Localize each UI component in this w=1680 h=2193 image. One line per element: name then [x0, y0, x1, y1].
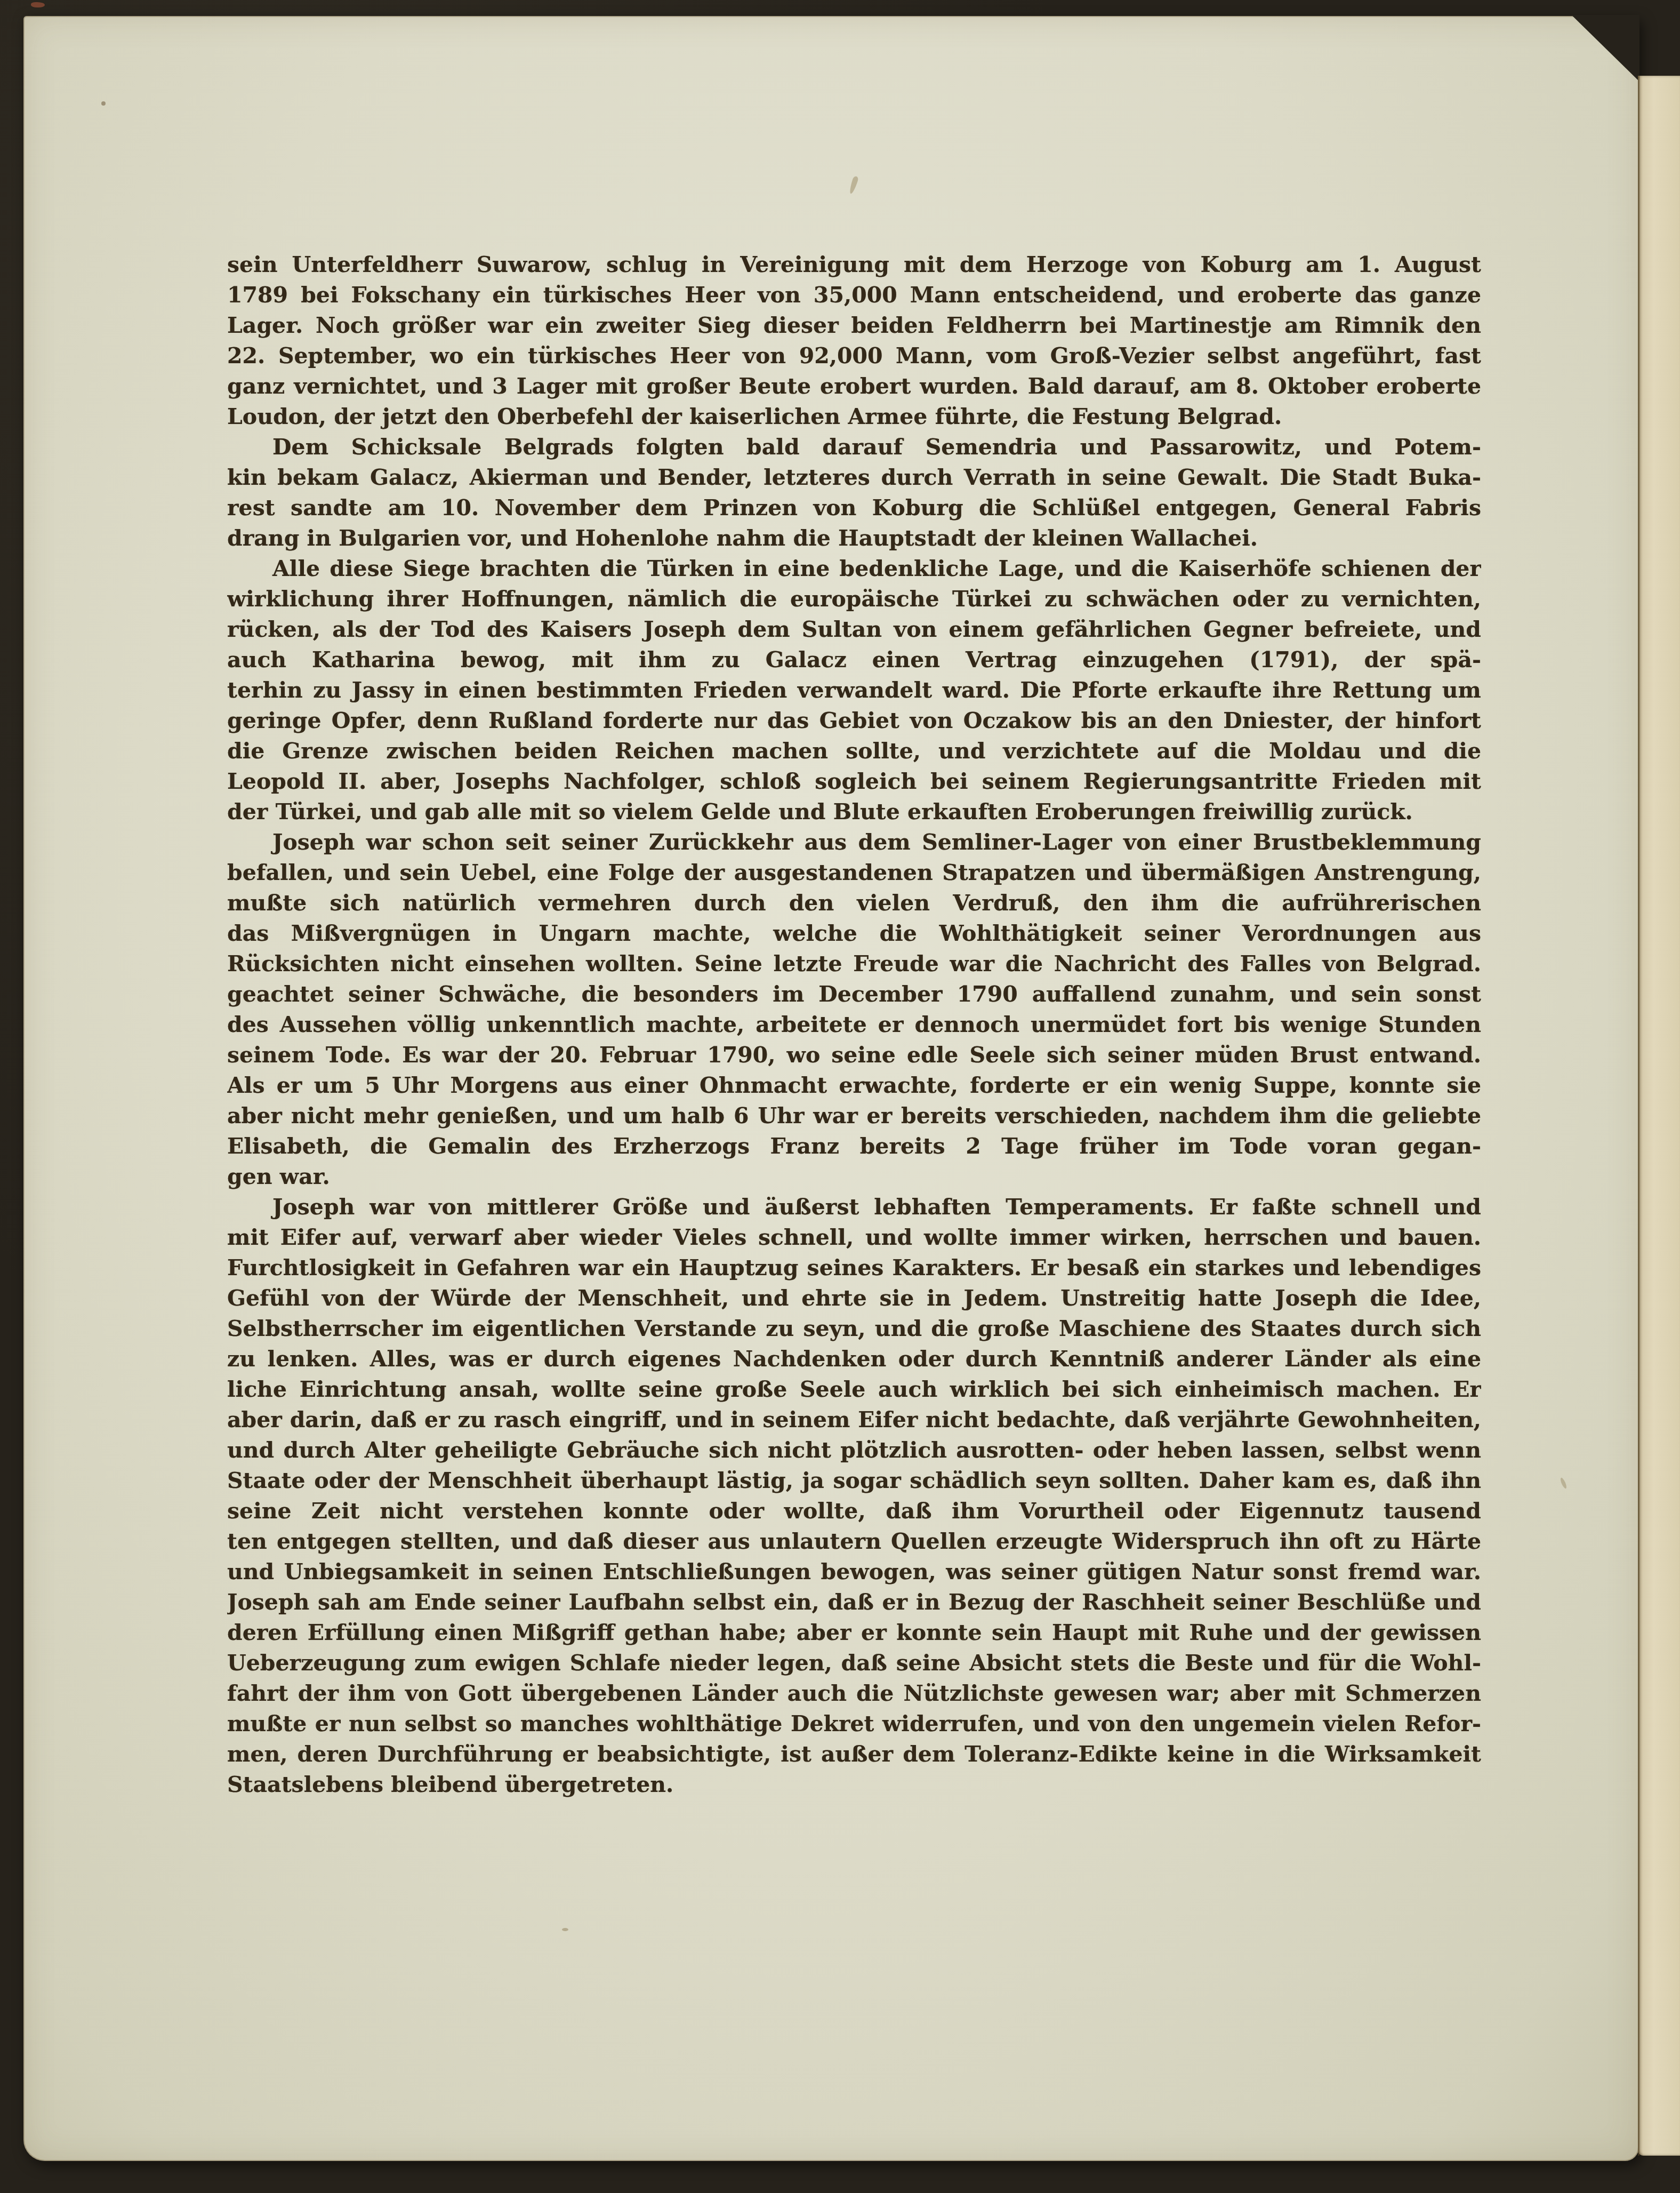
- text-line: Elisabeth, die Gemalin des Erzherzogs Fr…: [227, 1131, 1481, 1162]
- text-line: geachtet seiner Schwäche, die besonders …: [227, 979, 1481, 1010]
- text-line: Staate oder der Menschheit überhaupt läs…: [227, 1466, 1481, 1496]
- text-line: ten entgegen stellten, und daß dieser au…: [227, 1526, 1481, 1557]
- text-line: sein Unterfeldherr Suwarow, schlug in Ve…: [227, 250, 1481, 280]
- text-line: Joseph war schon seit seiner Zurückkehr …: [227, 827, 1481, 858]
- text-line: mußte sich natürlich vermehren durch den…: [227, 888, 1481, 918]
- text-line: 22. September, wo ein türkisches Heer vo…: [227, 341, 1481, 371]
- paragraph: Joseph war schon seit seiner Zurückkehr …: [227, 827, 1481, 1192]
- text-block: sein Unterfeldherr Suwarow, schlug in Ve…: [227, 250, 1481, 1800]
- text-line: Loudon, der jetzt den Oberbefehl der kai…: [227, 402, 1481, 432]
- text-line: Rücksichten nicht einsehen wollten. Sein…: [227, 949, 1481, 979]
- text-line: Staatslebens bleibend übergetreten.: [227, 1770, 1481, 1800]
- text-line: aber darin, daß er zu rasch eingriff, un…: [227, 1405, 1481, 1435]
- text-line: zu lenken. Alles, was er durch eigenes N…: [227, 1344, 1481, 1374]
- paragraph: sein Unterfeldherr Suwarow, schlug in Ve…: [227, 250, 1481, 432]
- text-line: rücken, als der Tod des Kaisers Joseph d…: [227, 614, 1481, 645]
- text-line: des Aussehen völlig unkenntlich machte, …: [227, 1010, 1481, 1040]
- paper-speck: [101, 101, 106, 106]
- text-line: geringe Opfer, denn Rußland forderte nur…: [227, 706, 1481, 736]
- text-line: terhin zu Jassy in einen bestimmten Frie…: [227, 675, 1481, 706]
- text-line: Lager. Noch größer war ein zweiter Sieg …: [227, 310, 1481, 341]
- text-line: das Mißvergnügen in Ungarn machte, welch…: [227, 918, 1481, 949]
- text-line: Alle diese Siege brachten die Türken in …: [227, 554, 1481, 584]
- text-line: 1789 bei Fokschany ein türkisches Heer v…: [227, 280, 1481, 310]
- text-line: Als er um 5 Uhr Morgens aus einer Ohnmac…: [227, 1070, 1481, 1101]
- text-line: Joseph war von mittlerer Größe und äußer…: [227, 1192, 1481, 1222]
- next-pages-fore-edge: [1638, 76, 1680, 2156]
- text-line: men, deren Durchführung er beabsichtigte…: [227, 1739, 1481, 1770]
- paragraph: Alle diese Siege brachten die Türken in …: [227, 554, 1481, 827]
- text-line: seine Zeit nicht verstehen konnte oder w…: [227, 1496, 1481, 1526]
- text-line: Gefühl von der Würde der Menschheit, und…: [227, 1283, 1481, 1314]
- text-line: und Unbiegsamkeit in seinen Entschließun…: [227, 1557, 1481, 1587]
- text-line: Joseph sah am Ende seiner Laufbahn selbs…: [227, 1587, 1481, 1618]
- text-line: der Türkei, und gab alle mit so vielem G…: [227, 797, 1481, 827]
- text-line: wirklichung ihrer Hoffnungen, nämlich di…: [227, 584, 1481, 614]
- text-line: kin bekam Galacz, Akierman und Bender, l…: [227, 462, 1481, 493]
- text-line: gen war.: [227, 1162, 1481, 1192]
- paper-fiber: [1560, 1477, 1568, 1490]
- paragraph: Dem Schicksale Belgrads folgten bald dar…: [227, 432, 1481, 554]
- text-line: ganz vernichtet, und 3 Lager mit großer …: [227, 371, 1481, 402]
- text-line: liche Einrichtung ansah, wollte seine gr…: [227, 1374, 1481, 1405]
- text-line: mit Eifer auf, verwarf aber wieder Viele…: [227, 1222, 1481, 1253]
- text-line: fahrt der ihm von Gott übergebenen Lände…: [227, 1678, 1481, 1709]
- text-line: auch Katharina bewog, mit ihm zu Galacz …: [227, 645, 1481, 675]
- text-line: die Grenze zwischen beiden Reichen mache…: [227, 736, 1481, 766]
- text-line: Ueberzeugung zum ewigen Schlafe nieder l…: [227, 1648, 1481, 1678]
- text-line: aber nicht mehr genießen, und um halb 6 …: [227, 1101, 1481, 1131]
- text-line: Furchtlosigkeit in Gefahren war ein Haup…: [227, 1253, 1481, 1283]
- paper-speck: [562, 1928, 568, 1931]
- text-line: mußte er nun selbst so manches wohlthäti…: [227, 1709, 1481, 1739]
- text-line: rest sandte am 10. November dem Prinzen …: [227, 493, 1481, 523]
- text-line: deren Erfüllung einen Mißgriff gethan ha…: [227, 1618, 1481, 1648]
- text-line: Selbstherrscher im eigentlichen Verstand…: [227, 1314, 1481, 1344]
- text-line: Dem Schicksale Belgrads folgten bald dar…: [227, 432, 1481, 462]
- text-line: befallen, und sein Uebel, eine Folge der…: [227, 858, 1481, 888]
- paper-fiber: [848, 175, 859, 194]
- paragraph: Joseph war von mittlerer Größe und äußer…: [227, 1192, 1481, 1800]
- text-line: und durch Alter geheiligte Gebräuche sic…: [227, 1435, 1481, 1466]
- text-line: seinem Tode. Es war der 20. Februar 1790…: [227, 1040, 1481, 1070]
- text-line: drang in Bulgarien vor, und Hohenlohe na…: [227, 523, 1481, 554]
- text-line: Leopold II. aber, Josephs Nachfolger, sc…: [227, 766, 1481, 797]
- fore-edge-crease: [1638, 76, 1639, 2156]
